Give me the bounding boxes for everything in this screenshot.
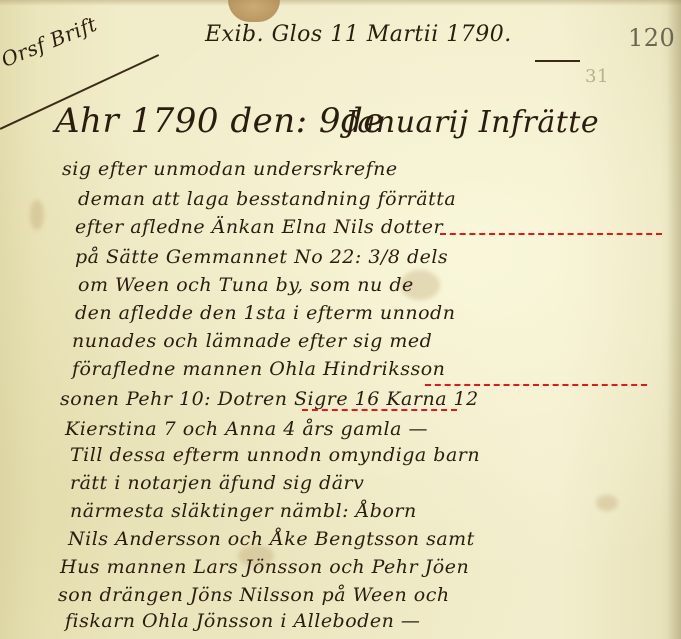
annotation-underline-elna bbox=[440, 233, 662, 235]
text-line: närmesta släktinger nämbl: Åborn bbox=[70, 502, 417, 521]
opening-heading: Ahr 1790 den: 9de bbox=[55, 104, 384, 138]
binding-tab bbox=[228, 0, 280, 22]
faint-page-number: 31 bbox=[585, 68, 609, 86]
opening-heading-continued: Januarij Infrätte bbox=[345, 108, 599, 138]
date-underline bbox=[535, 60, 580, 62]
page-top-edge bbox=[0, 0, 681, 6]
text-line: son drängen Jöns Nilsson på Ween och bbox=[58, 586, 450, 605]
header-place-date: Exib. Glos 11 Martii 1790. bbox=[205, 24, 512, 46]
text-line: sonen Pehr 10: Dotren Sigre 16 Karna 12 bbox=[60, 390, 479, 409]
ink-stain bbox=[30, 200, 44, 230]
text-line: nunades och lämnade efter sig med bbox=[72, 332, 432, 351]
text-line: Hus mannen Lars Jönsson och Pehr Jöen bbox=[60, 558, 469, 577]
page-number: 120 bbox=[628, 26, 675, 50]
text-line: om Ween och Tuna by, som nu de bbox=[78, 276, 414, 295]
text-line: på Sätte Gemmannet No 22: 3/8 dels bbox=[75, 248, 448, 267]
text-line: förafledne mannen Ohla Hindriksson bbox=[72, 360, 445, 379]
text-line: efter afledne Änkan Elna Nils dotter bbox=[75, 218, 443, 237]
page-right-edge bbox=[667, 0, 681, 639]
text-line: deman att laga besstandning förrätta bbox=[78, 190, 456, 209]
margin-note: Orsf Brift bbox=[0, 14, 100, 70]
annotation-underline-dotren bbox=[302, 409, 457, 411]
annotation-underline-ohla bbox=[425, 384, 647, 386]
text-line: rätt i notarjen äfund sig därv bbox=[70, 474, 364, 493]
text-line: den afledde den 1sta i efterm unnodn bbox=[75, 304, 455, 323]
text-line: Kierstina 7 och Anna 4 års gamla — bbox=[65, 420, 428, 439]
ink-stain bbox=[596, 495, 618, 511]
text-line: sig efter unmodan undersrkrefne bbox=[62, 160, 398, 179]
text-line: Nils Andersson och Åke Bengtsson samt bbox=[68, 530, 475, 549]
text-line: fiskarn Ohla Jönsson i Alleboden — bbox=[65, 612, 420, 631]
text-line: Till dessa efterm unnodn omyndiga barn bbox=[70, 446, 480, 465]
manuscript-page: Orsf Brift Exib. Glos 11 Martii 1790. 12… bbox=[0, 0, 681, 639]
